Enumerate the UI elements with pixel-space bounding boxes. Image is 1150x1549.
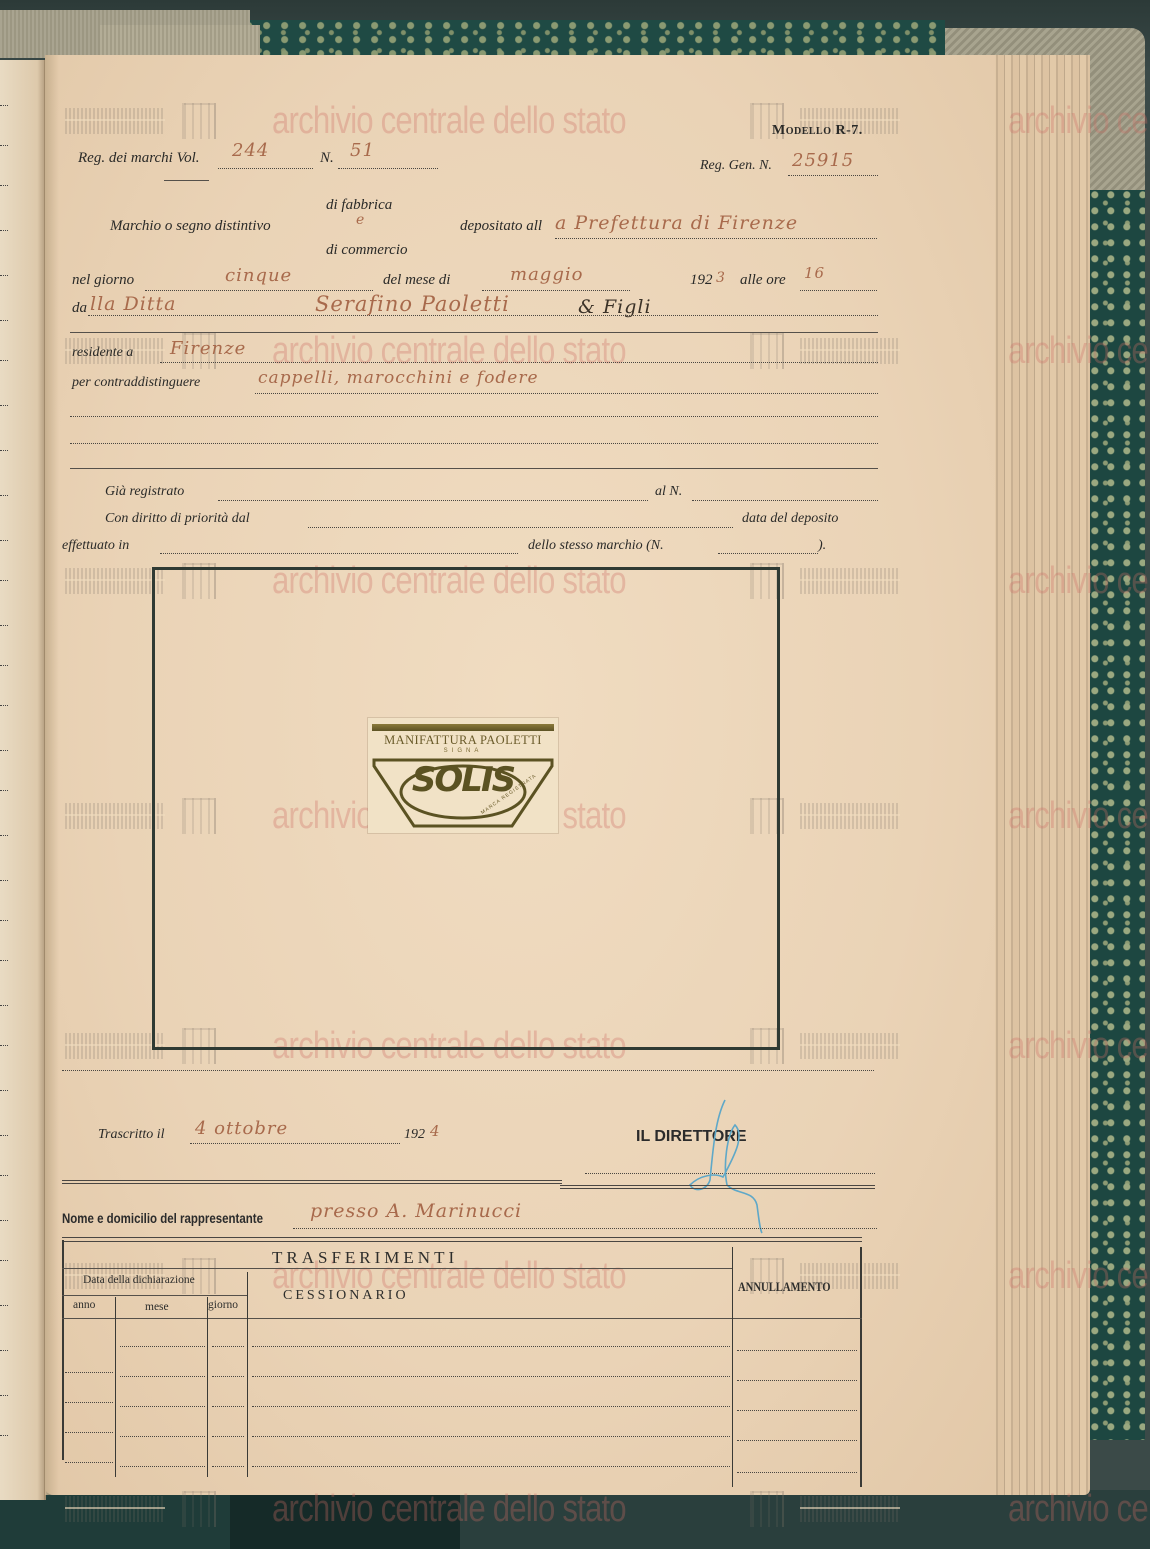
column-header-mese: mese [145,1301,169,1313]
representative-label: Nome e domicilio del rappresentante [62,1210,263,1226]
year-suffix: 3 [716,270,726,286]
column-divider [207,1297,208,1477]
table-top-border [62,1237,862,1242]
column-header-anno: anno [73,1299,95,1311]
marbled-cover-right [1090,190,1145,1440]
purpose-field-line [255,393,878,394]
priority-label: Con diritto di priorità dal [105,511,250,527]
label-top-bar [372,724,554,731]
year-prefix: 192 [690,272,713,289]
n-field-line [338,168,438,169]
form-model-number: Modello R-7. [772,123,863,139]
hour-label: alle ore [740,272,786,289]
same-mark-close: ). [818,538,826,554]
hour-field-line [800,290,877,291]
label-company-name: MANIFATTURA PAOLETTI [368,733,558,748]
book-cover-bottom [0,1490,1150,1549]
separator-rule [70,468,878,469]
marbled-cover-top [245,20,945,60]
al-n-label: al N. [655,484,682,500]
purpose-label: per contraddistinguere [72,375,200,391]
n-value: 51 [350,140,375,161]
day-label: nel giorno [72,272,134,289]
reg-gen-value: 25915 [792,150,854,171]
separator-dotted [62,1070,874,1071]
representative-field-line [293,1228,877,1229]
priority-field-line [308,527,733,528]
month-field-line [482,290,630,291]
trademark-label: MANIFATTURA PAOLETTI SIGNA SOLIS MARCA R… [368,718,558,833]
purpose-value: cappelli, marocchini e fodere [258,368,539,388]
column-header-giorno: giorno [208,1299,238,1311]
residence-label: residente a [72,345,133,361]
transcribed-year-prefix: 192 [404,1127,425,1143]
double-rule [62,1180,562,1184]
cloth-spine-top-fold [100,25,260,55]
transcribed-field-line [190,1143,400,1144]
transfers-title: TRASFERIMENTI [272,1248,458,1268]
label-city: SIGNA [368,748,558,754]
hour-value: 16 [804,264,825,282]
assignee-header: CESSIONARIO [283,1288,409,1304]
vol-value: 244 [232,140,269,161]
header-rule [62,1268,732,1269]
month-label: del mese di [383,272,450,289]
double-rule [560,1185,875,1189]
day-field-line [145,290,373,291]
option-commercio: di commercio [326,242,408,259]
transcribed-label: Trascritto il [98,1127,165,1143]
table-right-border [860,1247,862,1487]
reg-gen-label: Reg. Gen. N. [700,158,772,174]
day-value: cinque [225,265,292,286]
mark-type-label: Marchio o segno distintivo [110,218,271,235]
al-n-field-line [692,500,878,501]
representative-value: presso A. Marinucci [310,1200,522,1222]
short-rule [164,180,209,181]
residence-field-line [160,362,878,363]
same-mark-field-line [718,553,818,554]
blank-field-line [70,416,878,417]
vol-field-line [218,168,313,169]
column-divider [732,1247,733,1487]
header-bottom-rule [62,1318,862,1319]
reg-marchi-label: Reg. dei marchi Vol. [78,150,200,167]
effected-label: effettuato in [62,538,129,554]
cancellation-header: ANNULLAMENTO [738,1280,830,1295]
transcribed-year-suffix: 4 [430,1122,441,1140]
reg-gen-field-line [788,175,878,176]
deposited-field-line [555,238,877,239]
column-divider [247,1272,248,1477]
date-header: Data della dichiarazione [83,1274,195,1286]
applicant-name-suffix: & Figli [578,296,652,318]
deposited-label: depositato all [460,218,542,235]
table-left-border [62,1240,64,1460]
already-registered-field-line [218,500,648,501]
date-subheader-rule [62,1295,247,1296]
applicant-name: Serafino Paoletti [315,292,510,316]
conjunction-handwritten: e [356,212,365,228]
month-value: maggio [510,264,583,285]
column-divider [115,1297,116,1477]
left-facing-page [0,60,46,1500]
deposit-date-label: data del deposito [742,511,838,527]
same-mark-label: dello stesso marchio (N. [528,538,664,554]
effected-field-line [160,553,518,554]
deposited-value: a Prefettura di Firenze [555,212,798,234]
already-registered-label: Già registrato [105,484,184,500]
blank-field-line [70,443,878,444]
transcribed-date: 4 ottobre [195,1118,288,1139]
director-signature [665,1095,775,1235]
separator-rule [70,332,878,333]
from-value: lla Ditta [90,293,176,315]
residence-value: Firenze [170,338,246,359]
n-label: N. [320,150,334,167]
from-label: da [72,300,87,317]
